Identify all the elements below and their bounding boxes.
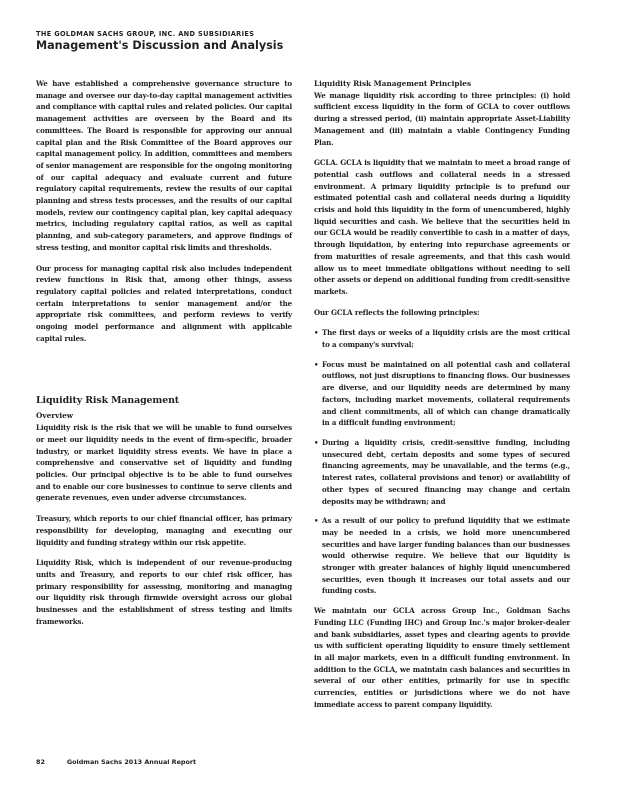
treasury-paragraph: Treasury, which reports to our chief fin… xyxy=(36,513,292,548)
capital-governance-paragraph: We have established a comprehensive gove… xyxy=(36,78,292,254)
bullet-icon: • xyxy=(314,327,318,339)
gcla-entities-paragraph: We maintain our GCLA across Group Inc., … xyxy=(314,605,570,710)
capital-review-paragraph: Our process for managing capital risk al… xyxy=(36,263,292,345)
principles-list: •The first days or weeks of a liquidity … xyxy=(314,327,570,597)
section-header-title: Management's Discussion and Analysis xyxy=(36,39,596,52)
liquidity-risk-paragraph: Liquidity Risk, which is independent of … xyxy=(36,557,292,627)
page-footer: 82 Goldman Sachs 2013 Annual Report xyxy=(36,758,196,766)
principles-intro-paragraph: We manage liquidity risk according to th… xyxy=(314,90,570,149)
right-column: Liquidity Risk Management Principles We … xyxy=(314,78,570,719)
section-title-liquidity-risk: Liquidity Risk Management xyxy=(36,395,292,407)
gcla-paragraph: GCLA. GCLA is liquidity that we maintain… xyxy=(314,157,570,297)
bullet-icon: • xyxy=(314,515,318,527)
list-item: •The first days or weeks of a liquidity … xyxy=(314,327,570,350)
page-number: 82 xyxy=(36,758,45,766)
subsection-title-overview: Overview xyxy=(36,410,292,422)
page-header: THE GOLDMAN SACHS GROUP, INC. AND SUBSID… xyxy=(36,30,596,52)
bullet-icon: • xyxy=(314,359,318,371)
left-column: We have established a comprehensive gove… xyxy=(36,78,292,636)
spacer xyxy=(36,353,292,395)
list-item: •Focus must be maintained on all potenti… xyxy=(314,359,570,429)
overview-paragraph: Liquidity risk is the risk that we will … xyxy=(36,422,292,504)
list-item: •As a result of our policy to prefund li… xyxy=(314,515,570,597)
report-name: Goldman Sachs 2013 Annual Report xyxy=(67,758,196,766)
list-item: •During a liquidity crisis, credit-sensi… xyxy=(314,437,570,507)
subsection-title-principles: Liquidity Risk Management Principles xyxy=(314,78,570,90)
bullet-icon: • xyxy=(314,437,318,449)
principles-lead: Our GCLA reflects the following principl… xyxy=(314,307,570,319)
company-name: THE GOLDMAN SACHS GROUP, INC. AND SUBSID… xyxy=(36,30,596,38)
